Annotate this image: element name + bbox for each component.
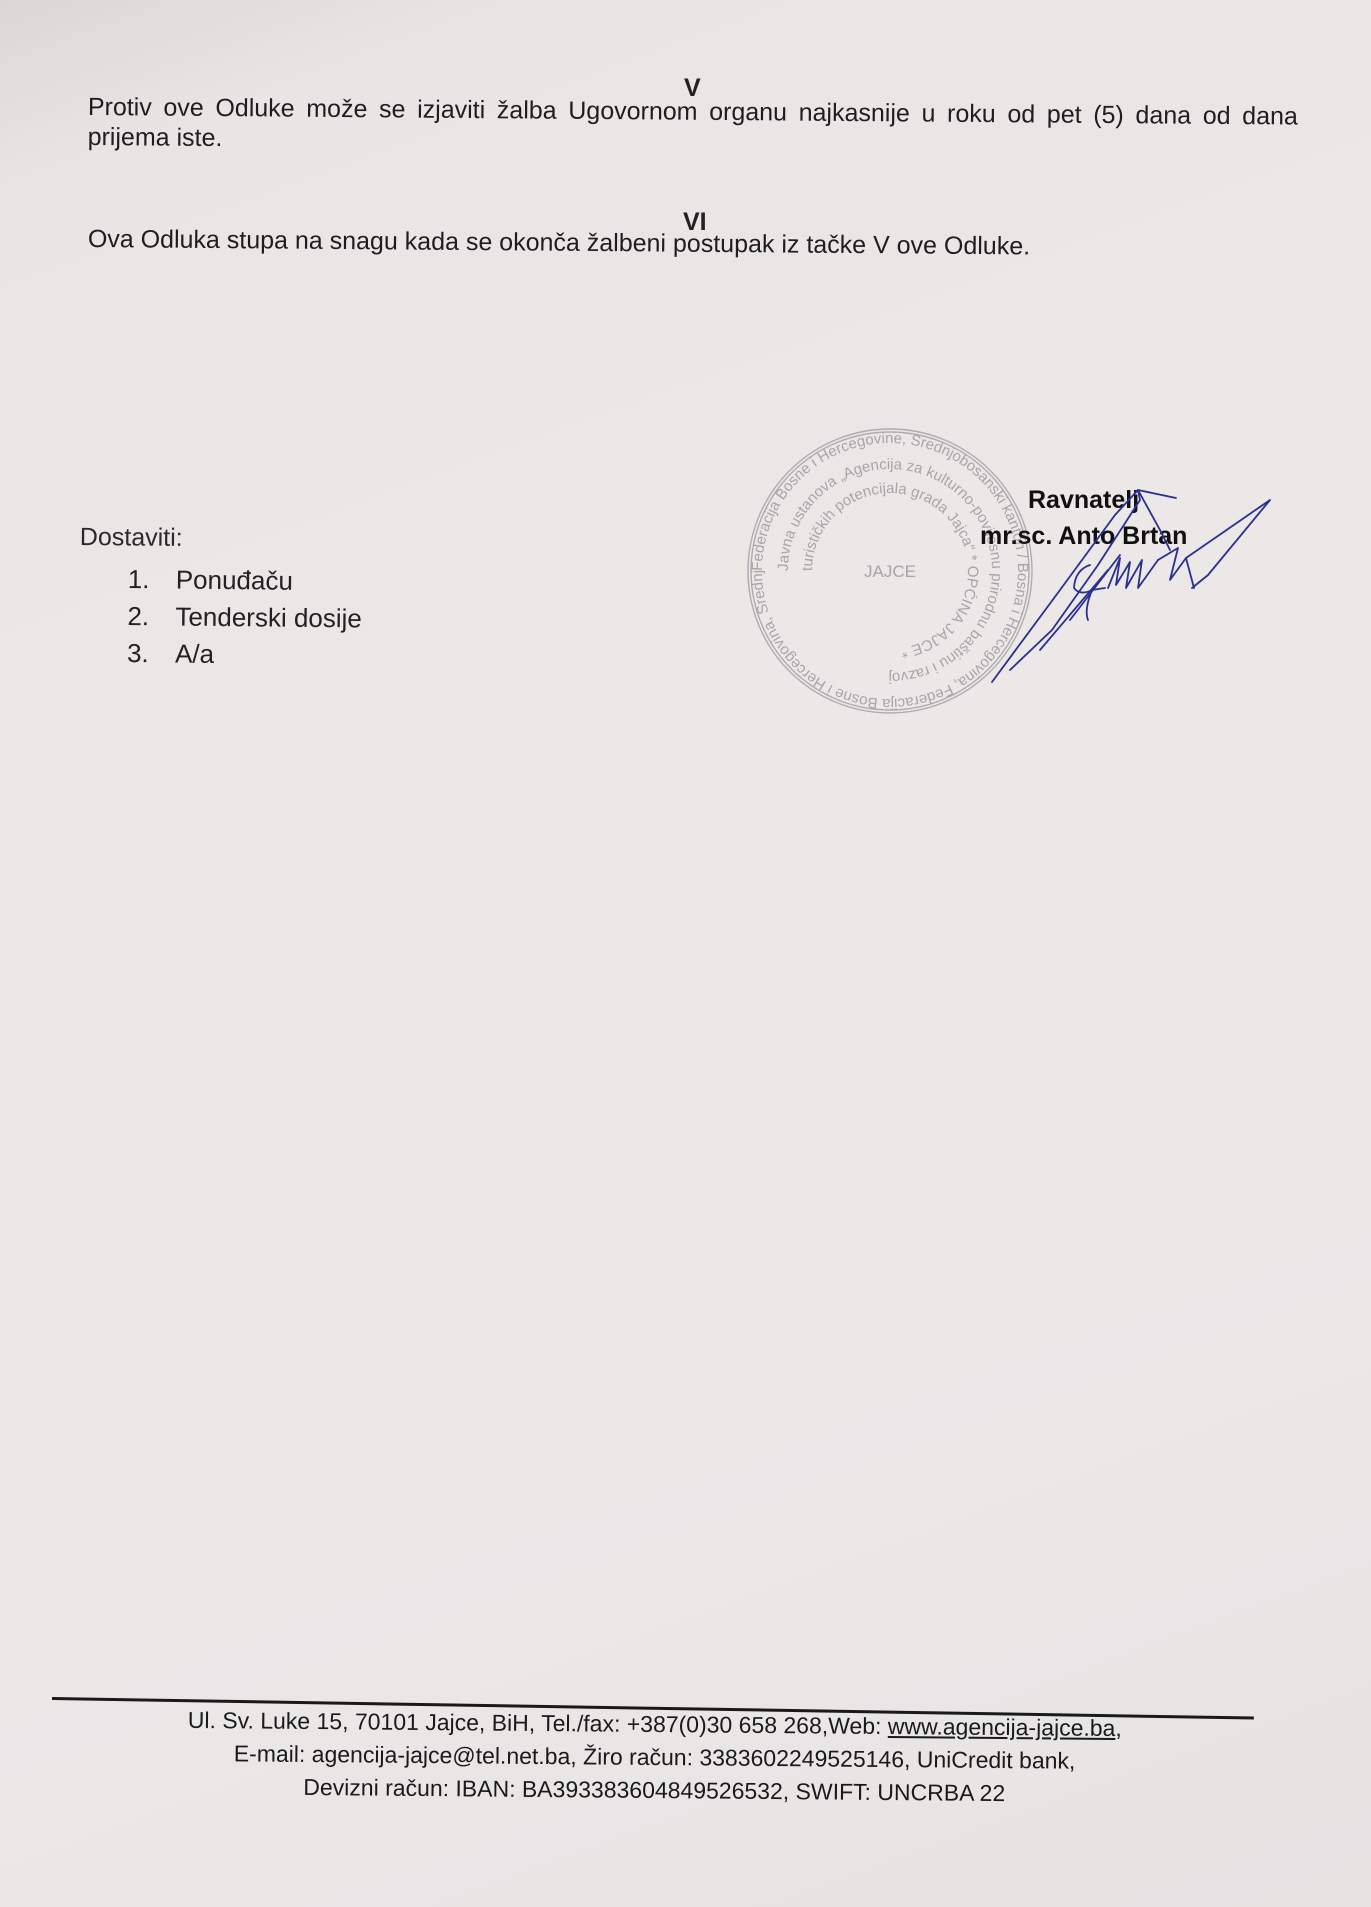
delivery-item: 3.A/a — [127, 635, 362, 674]
handwritten-signature — [980, 470, 1300, 700]
delivery-item: 1.Ponuđaču — [128, 561, 363, 600]
section-v-text: Protiv ove Odluke može se izjaviti žalba… — [88, 92, 1298, 162]
stamp-center-text: JAJCE — [864, 562, 916, 581]
website-link[interactable]: www.agencija-jajce.ba — [888, 1713, 1116, 1741]
delivery-item: 2.Tenderski dosije — [127, 598, 362, 637]
delivery-list: 1.Ponuđaču 2.Tenderski dosije 3.A/a — [127, 561, 363, 674]
section-vi-text: Ova Odluka stupa na snagu kada se okonča… — [88, 224, 1298, 264]
delivery-label: Dostaviti: — [80, 523, 183, 553]
footer-contact: Ul. Sv. Luke 15, 70101 Jajce, BiH, Tel./… — [59, 1703, 1250, 1812]
